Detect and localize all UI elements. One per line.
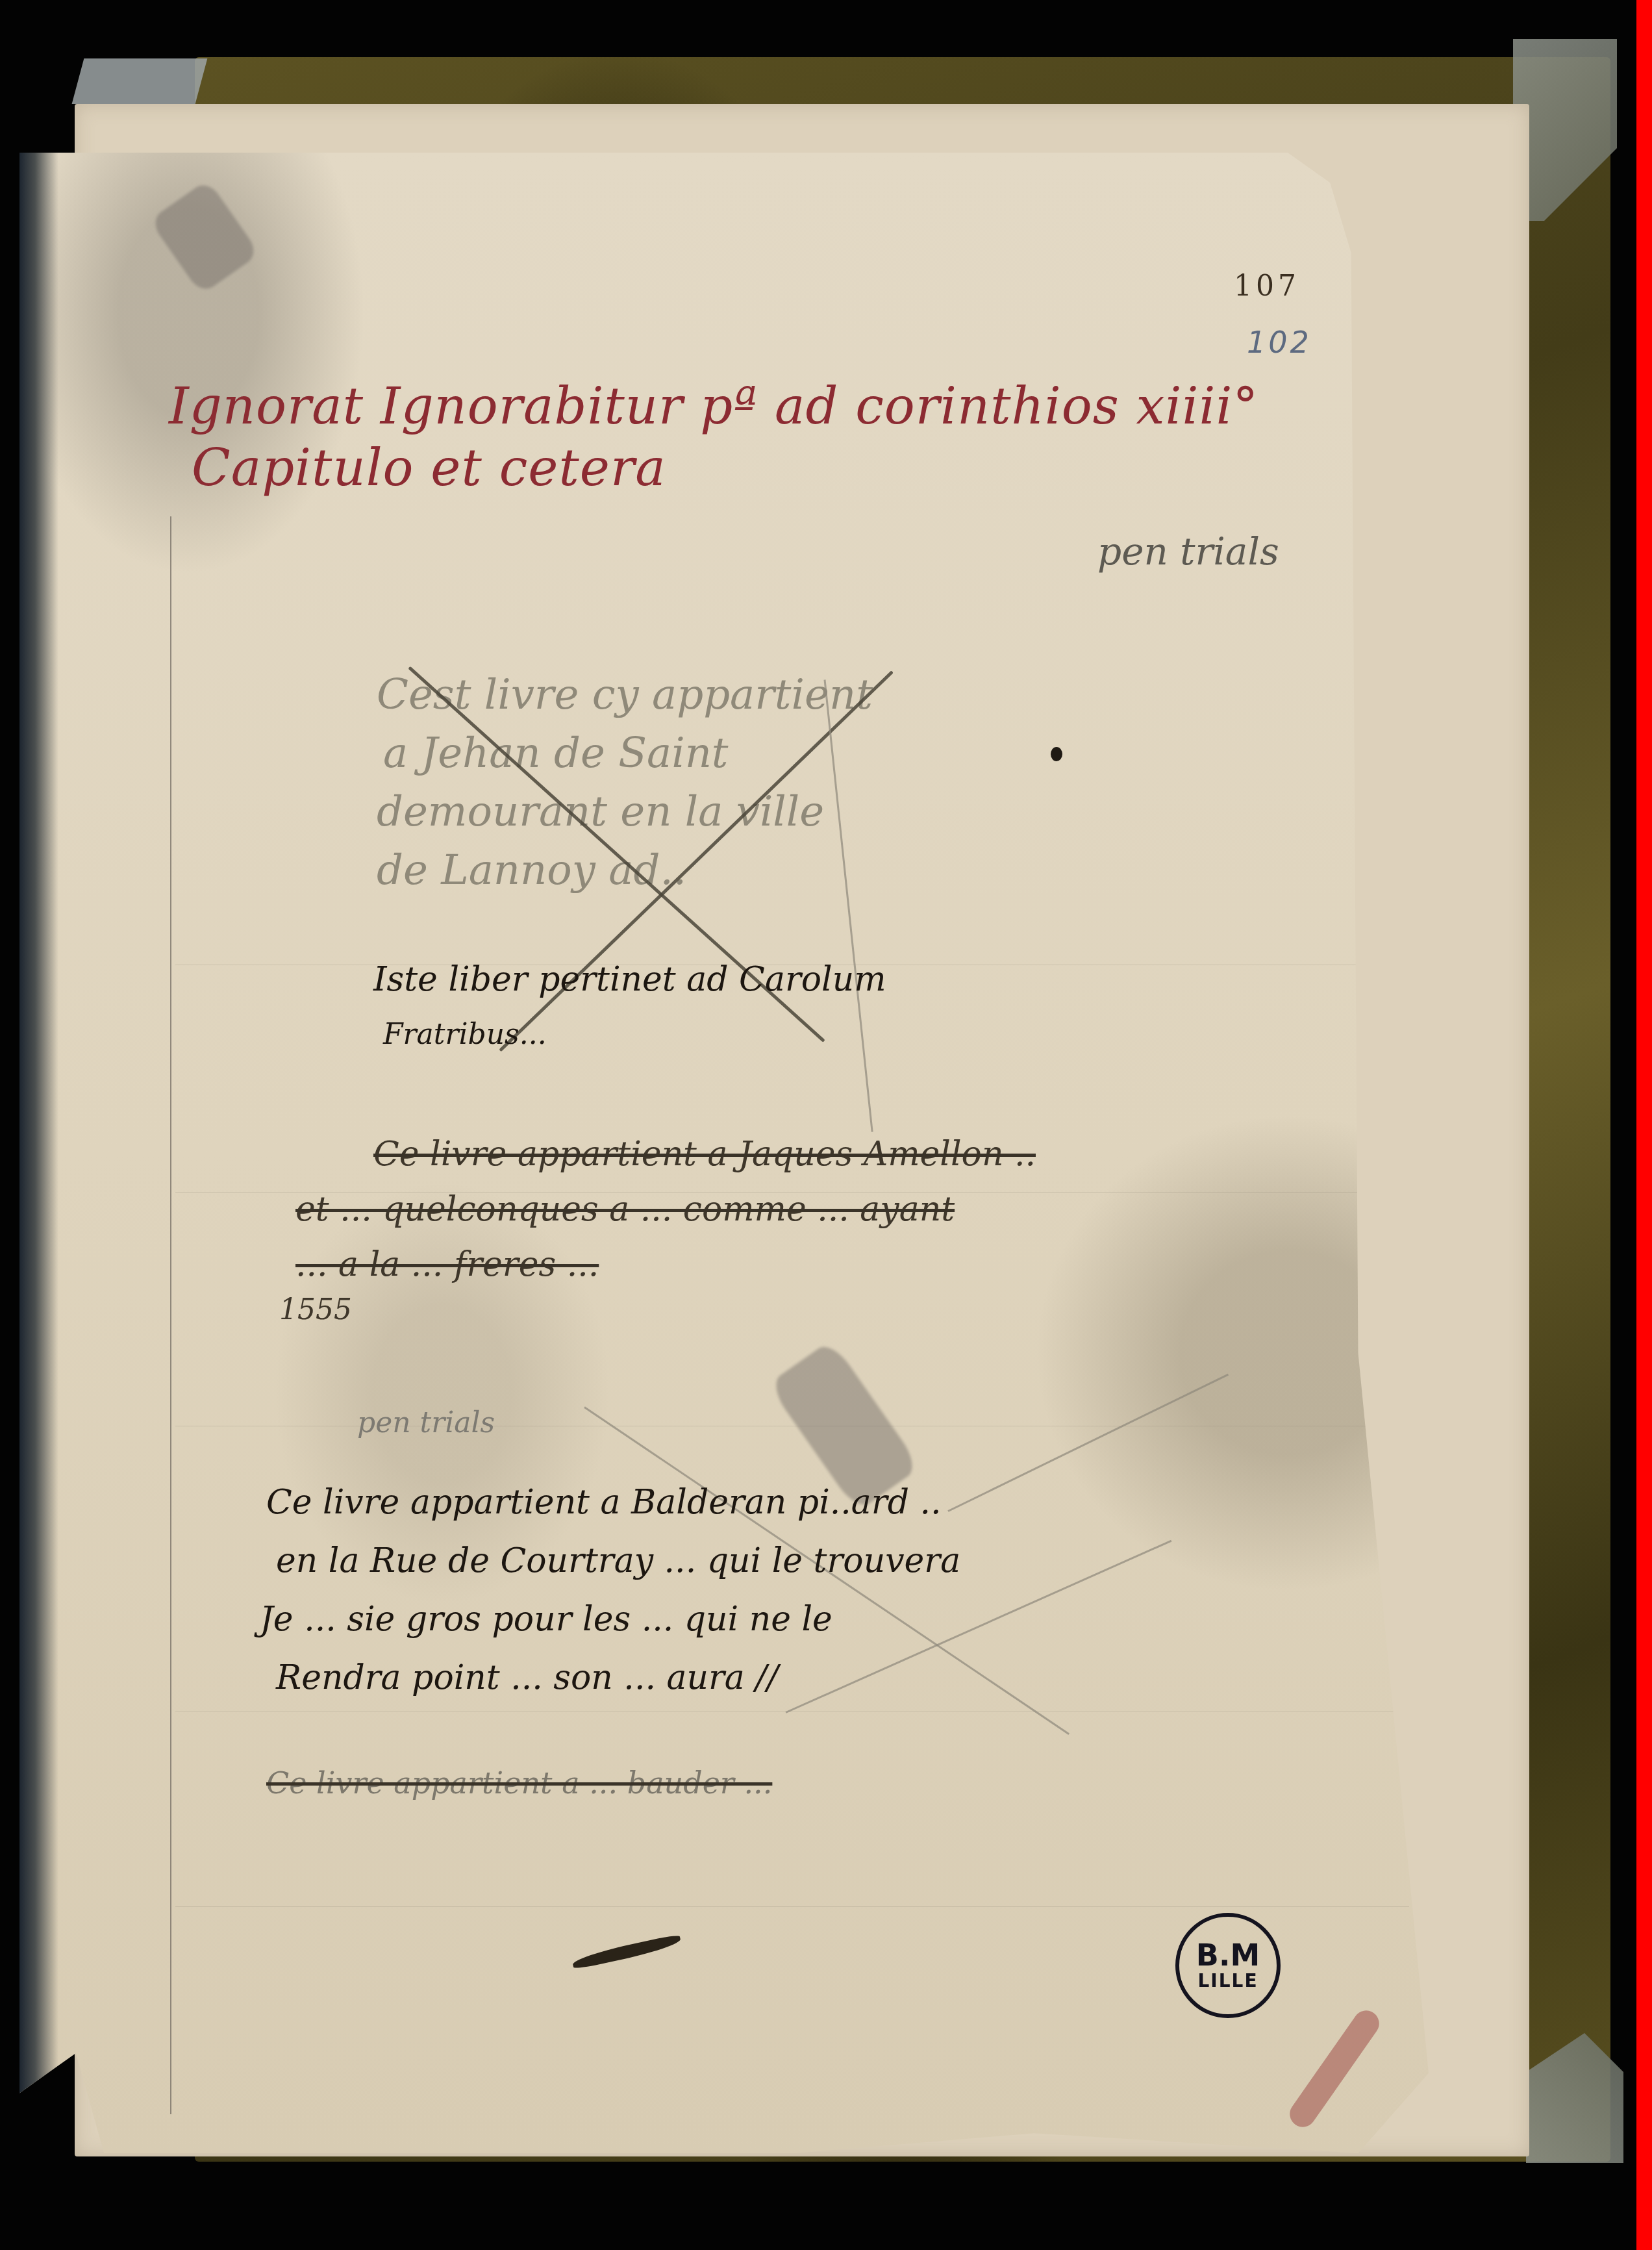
crossed-inscription-1-line1: Cest livre cy appartient [377, 666, 873, 724]
spine-gutter [19, 153, 58, 2153]
struck-inscription-2-line2: et ... quelconques a ... comme ... ayant [295, 1182, 955, 1237]
ownership-latin-line1: Iste liber pertinet ad Carolum [373, 955, 886, 1004]
pen-trial-doodle: pen trials [357, 1406, 495, 1439]
french-ownership-line3: Je ... sie gros pour les ... qui ne le [260, 1595, 832, 1644]
margin-ruling [170, 516, 171, 2114]
folio-number-ink: 107 [1234, 270, 1300, 303]
ink-smudge [149, 179, 260, 295]
stamp-text-bm: B.M [1196, 1940, 1260, 1971]
pencil-stroke [947, 1374, 1229, 1512]
crossed-inscription-1-line3: demourant en la ville [377, 783, 824, 841]
manuscript-page: 107 102 Ignorat Ignorabitur pª ad corint… [19, 153, 1429, 2153]
crossed-inscription-1-line2: a Jehan de Saint [383, 724, 729, 783]
french-ownership-line2: en la Rue de Courtray ... qui le trouver… [276, 1536, 960, 1586]
folio-number-pencil: 102 [1247, 325, 1312, 360]
red-edge-marker [1636, 0, 1652, 2250]
binding-corner-top-left [72, 58, 208, 104]
ruling-line [175, 1712, 1409, 1712]
rubric-heading-line1: Ignorat Ignorabitur pª ad corinthios xii… [169, 377, 1258, 436]
ownership-latin-line2: Fratribus... [383, 1010, 547, 1059]
french-ownership-line4: Rendra point ... son ... aura // [276, 1653, 778, 1702]
crossed-inscription-1-line4: de Lannoy ad.. [377, 841, 686, 900]
pen-trial-doodle: pen trials [1097, 529, 1279, 574]
ruling-line [175, 1906, 1409, 1907]
pen-flourish-icon [571, 1934, 682, 1970]
faded-inscription: Ce livre appartient a ... bauder ... [266, 1754, 772, 1812]
struck-inscription-2-line1: Ce livre appartient a Jaques Amellon .. [373, 1127, 1036, 1182]
ink-dot [1051, 747, 1062, 761]
stamp-text-lille: LILLE [1197, 1971, 1258, 1991]
struck-inscription-2-year: 1555 [279, 1283, 352, 1337]
cancel-vertical-stroke [824, 679, 873, 1131]
red-stain [1284, 2006, 1384, 2132]
library-stamp: B.M LILLE [1175, 1913, 1281, 2018]
french-ownership-line1: Ce livre appartient a Balderan pi..ard .… [266, 1478, 942, 1527]
rubric-heading-line2: Capitulo et cetera [192, 438, 666, 498]
